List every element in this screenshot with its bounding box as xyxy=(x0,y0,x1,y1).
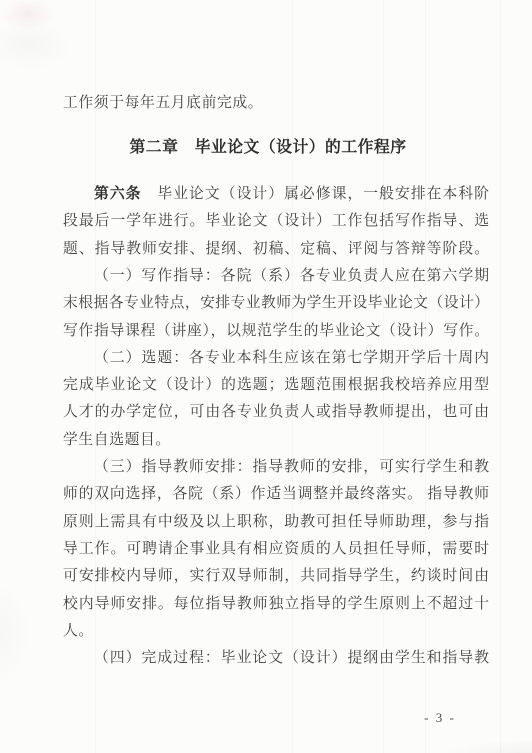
paragraph-line: （四）完成过程：毕业论文（设计）提纲由学生和指导教 xyxy=(63,644,489,672)
paragraph-line: 题、指导教师安排、提纲、初稿、定稿、评阅与答辩等阶段。 xyxy=(63,235,489,263)
paragraph-line: 师的双向选择，各院（系）作适当调整并最终落实。 指导教师 xyxy=(63,480,489,508)
red-pen-smudge xyxy=(0,0,110,80)
paragraph-line: 人才的办学定位，可由各专业负责人或指导教师提出，也可由 xyxy=(63,398,489,426)
paragraph-line: 学生自选题目。 xyxy=(63,426,489,454)
article-6-label: 第六条 xyxy=(94,186,142,202)
paragraph-line: 末根据各专业特点，安排专业教师为学生开设毕业论文（设计） xyxy=(63,289,489,317)
page-number: - 3 - xyxy=(404,708,476,728)
paragraph-line: 原则上需具有中级及以上职称，助教可担任导师助理，参与指 xyxy=(63,508,489,536)
paragraph-line: 完成毕业论文（设计）的选题；选题范围根据我校培养应用型 xyxy=(63,371,489,399)
article-6-first-line: 第六条 毕业论文（设计）属必修课，一般安排在本科阶 xyxy=(63,180,489,208)
paragraph-line: 导工作。可聘请企事业具有相应资质的人员担任导师，需要时 xyxy=(63,535,489,563)
paragraph-line: （二）选题：各专业本科生应该在第七学期开学后十周内 xyxy=(63,344,489,372)
paragraph-line: 可安排校内导师，实行双导师制，共同指导学生，约谈时间由 xyxy=(63,562,489,590)
paragraph-line: 段最后一学年进行。毕业论文（设计）工作包括写作指导、选 xyxy=(63,207,489,235)
scan-streak xyxy=(500,0,501,753)
paragraph-line: 写作指导课程（讲座），以规范学生的毕业论文（设计）写作。 xyxy=(63,317,489,345)
scanned-document-page: 工作须于每年五月底前完成。 第二章 毕业论文（设计）的工作程序 第六条 毕业论文… xyxy=(0,0,532,753)
paragraph-line: 校内导师安排。每位指导教师独立指导的学生原则上不超过十 xyxy=(63,590,489,618)
article-6-text: 毕业论文（设计）属必修课，一般安排在本科阶 xyxy=(142,186,489,202)
paragraph-line-intro: 工作须于每年五月底前完成。 xyxy=(63,89,489,117)
paragraph-line: 人。 xyxy=(63,617,489,645)
chapter-heading: 第二章 毕业论文（设计）的工作程序 xyxy=(55,134,481,162)
paragraph-line: （三）指导教师安排：指导教师的安排，可实行学生和教 xyxy=(63,453,489,481)
paragraph-line: （一）写作指导：各院（系）各专业负责人应在第六学期 xyxy=(63,262,489,290)
